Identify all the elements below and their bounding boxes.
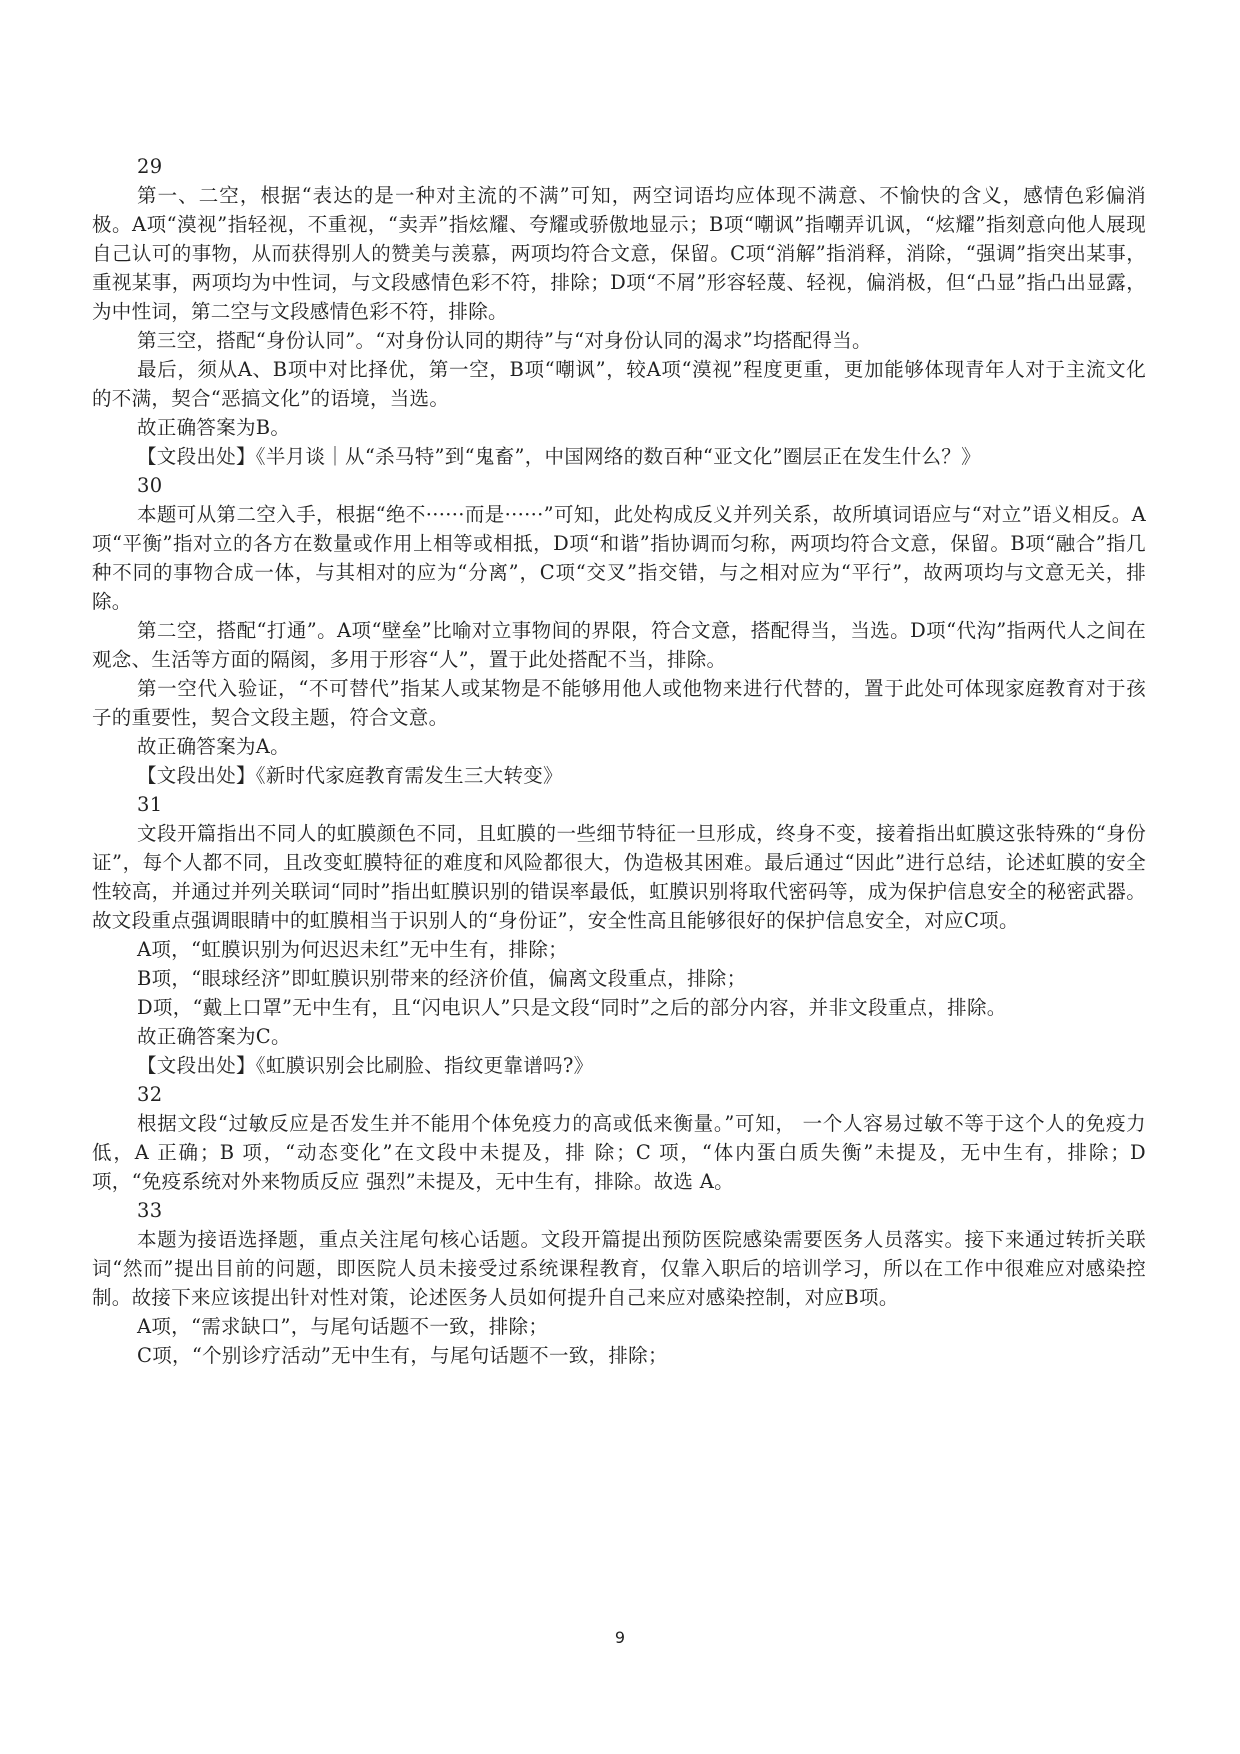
paragraph: 根据文段“过敏反应是否发生并不能用个体免疫力的高或低来衡量。”可知， 一个人容易… — [92, 1109, 1146, 1196]
question-32: 32 根据文段“过敏反应是否发生并不能用个体免疫力的高或低来衡量。”可知， 一个… — [92, 1080, 1146, 1196]
question-number: 32 — [92, 1080, 1146, 1109]
answer-line: 故正确答案为A。 — [92, 732, 1146, 761]
paragraph: 文段开篇指出不同人的虹膜颜色不同，且虹膜的一些细节特征一旦形成，终身不变，接着指… — [92, 819, 1146, 935]
option-analysis: C项，“个别诊疗活动”无中生有，与尾句话题不一致，排除； — [92, 1341, 1146, 1370]
option-analysis: A项，“需求缺口”，与尾句话题不一致，排除； — [92, 1312, 1146, 1341]
source-citation: 【文段出处】《半月谈｜从“杀马特”到“鬼畜”，中国网络的数百种“亚文化”圈层正在… — [92, 442, 1146, 471]
paragraph: 最后，须从A、B项中对比择优，第一空，B项“嘲讽”，较A项“漠视”程度更重，更加… — [92, 355, 1146, 413]
option-analysis: A项，“虹膜识别为何迟迟未红”无中生有，排除； — [92, 935, 1146, 964]
document-page: 29 第一、二空，根据“表达的是一种对主流的不满”可知，两空词语均应体现不满意、… — [92, 152, 1146, 1370]
question-31: 31 文段开篇指出不同人的虹膜颜色不同，且虹膜的一些细节特征一旦形成，终身不变，… — [92, 790, 1146, 1080]
answer-line: 故正确答案为B。 — [92, 413, 1146, 442]
question-number: 29 — [92, 152, 1146, 181]
paragraph: 第一空代入验证，“不可替代”指某人或某物是不能够用他人或他物来进行代替的，置于此… — [92, 674, 1146, 732]
source-citation: 【文段出处】《虹膜识别会比刷脸、指纹更靠谱吗?》 — [92, 1051, 1146, 1080]
paragraph: 第三空，搭配“身份认同”。“对身份认同的期待”与“对身份认同的渴求”均搭配得当。 — [92, 326, 1146, 355]
question-number: 33 — [92, 1196, 1146, 1225]
option-analysis: B项，“眼球经济”即虹膜识别带来的经济价值，偏离文段重点，排除； — [92, 964, 1146, 993]
source-citation: 【文段出处】《新时代家庭教育需发生三大转变》 — [92, 761, 1146, 790]
question-number: 31 — [92, 790, 1146, 819]
question-29: 29 第一、二空，根据“表达的是一种对主流的不满”可知，两空词语均应体现不满意、… — [92, 152, 1146, 471]
question-33: 33 本题为接语选择题，重点关注尾句核心话题。文段开篇提出预防医院感染需要医务人… — [92, 1196, 1146, 1370]
option-analysis: D项，“戴上口罩”无中生有，且“闪电识人”只是文段“同时”之后的部分内容，并非文… — [92, 993, 1146, 1022]
paragraph: 本题可从第二空入手，根据“绝不······而是······”可知，此处构成反义并… — [92, 500, 1146, 616]
paragraph: 第二空，搭配“打通”。A项“壁垒”比喻对立事物间的界限，符合文意，搭配得当，当选… — [92, 616, 1146, 674]
paragraph: 第一、二空，根据“表达的是一种对主流的不满”可知，两空词语均应体现不满意、不愉快… — [92, 181, 1146, 326]
paragraph: 本题为接语选择题，重点关注尾句核心话题。文段开篇提出预防医院感染需要医务人员落实… — [92, 1225, 1146, 1312]
answer-line: 故正确答案为C。 — [92, 1022, 1146, 1051]
question-30: 30 本题可从第二空入手，根据“绝不······而是······”可知，此处构成… — [92, 471, 1146, 790]
page-number: 9 — [0, 1628, 1240, 1647]
question-number: 30 — [92, 471, 1146, 500]
